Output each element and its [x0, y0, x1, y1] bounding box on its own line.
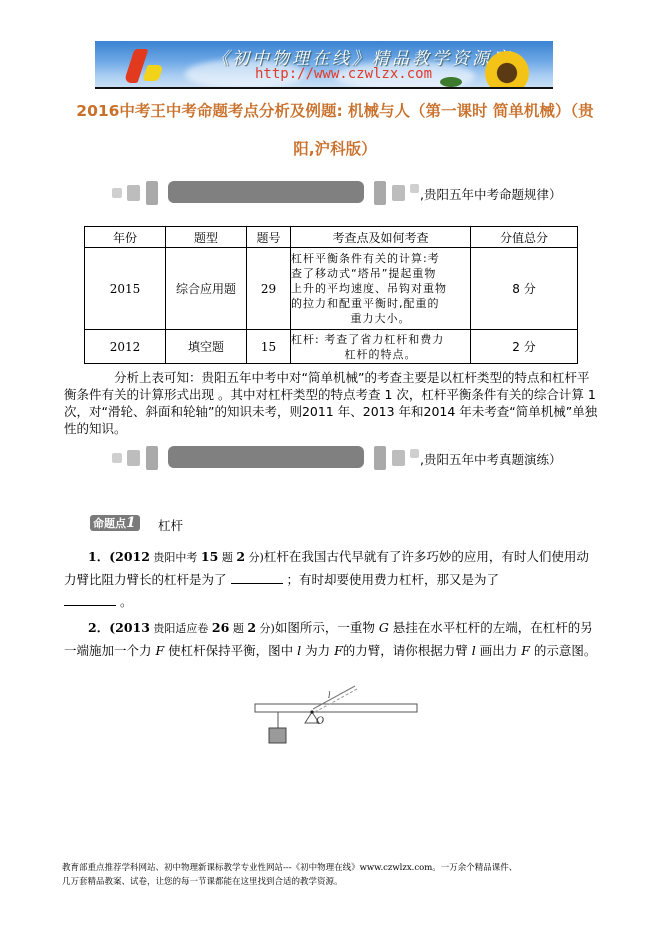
- decor-square: [374, 181, 386, 205]
- question-text: 为力: [301, 643, 334, 658]
- variable-f: F: [155, 643, 164, 658]
- decor-square: [392, 450, 405, 466]
- pivot-point: [310, 710, 313, 713]
- question-source: (2013 贵阳适应卷 26 题 2 分): [109, 622, 275, 635]
- point-tag-number: 1: [126, 515, 136, 531]
- cell-number: 15: [247, 330, 291, 364]
- page-title: 2016中考王中考命题考点分析及例题: 机械与人（第一课时 简单机械）（贵 阳,…: [40, 92, 630, 168]
- source-year: 2012: [115, 549, 150, 564]
- footer-line1: 教育部重点推荐学科网站、初中物理新课标教学专业性网站---《初中物理在线》www…: [62, 861, 622, 875]
- answer-blank-2[interactable]: [64, 593, 116, 606]
- cell-point-line: 杠杆: 考查了省力杠杆和费力: [291, 332, 470, 347]
- label-l: l: [328, 691, 331, 700]
- decor-square: [127, 450, 140, 466]
- source-close: 分): [245, 551, 264, 564]
- cell-score: 2 分: [471, 330, 578, 364]
- source-close: 分): [256, 622, 275, 635]
- cell-point-line: 重力大小。: [291, 311, 470, 326]
- section-header-pattern: ,贵阳五年中考命题规律）: [112, 180, 582, 208]
- question-text: 使杠杆保持平衡，图中: [164, 643, 297, 658]
- cell-point: 杠杆: 考查了省力杠杆和费力 杠杆的特点。: [291, 330, 471, 364]
- lever-diagram: l O: [250, 683, 420, 749]
- question-2: 2．(2013 贵阳适应卷 26 题 2 分)如图所示，一重物 G 悬挂在水平杠…: [64, 617, 599, 662]
- lever-bar: [255, 704, 417, 712]
- cell-type: 综合应用题: [166, 248, 247, 330]
- question-number: 1．: [88, 549, 109, 564]
- cell-number: 29: [247, 248, 291, 330]
- section-header-pattern: ,贵阳五年中考真题演练）: [112, 445, 582, 473]
- decor-square: [112, 188, 122, 198]
- question-text: 的示意图。: [530, 643, 596, 658]
- table-header: 题型: [166, 227, 247, 248]
- question-text: 。: [120, 594, 133, 609]
- table-row: 2012 填空题 15 杠杆: 考查了省力杠杆和费力 杠杆的特点。 2 分: [85, 330, 578, 364]
- cell-point-line: 查了移动式“塔吊”提起重物: [291, 266, 470, 281]
- section-label: ,贵阳五年中考真题演练）: [420, 450, 561, 468]
- exam-pattern-table: 年份 题型 题号 考查点及如何考查 分值总分 2015 综合应用题 29 杠杆平…: [84, 226, 578, 364]
- point-tag-prefix: 命题点: [93, 517, 126, 530]
- question-text: 的力臂，请你根据力臂: [343, 643, 472, 658]
- source-text: 贵阳中考: [150, 551, 201, 564]
- table-header: 年份: [85, 227, 166, 248]
- variable-f: F: [334, 643, 343, 658]
- footer-line2: 几万套精品教案、试卷，让您的每一节课都能在这里找到合适的教学资源。: [62, 875, 622, 889]
- source-unit: 题: [218, 551, 236, 564]
- cell-type: 填空题: [166, 330, 247, 364]
- cell-point-line: 杠杆的特点。: [291, 347, 470, 362]
- question-text: 画出力: [476, 643, 521, 658]
- weight-block: [269, 728, 286, 743]
- decor-bar: [168, 181, 364, 203]
- source-question-no: 26: [212, 620, 229, 635]
- table-header: 题号: [247, 227, 291, 248]
- cell-year: 2015: [85, 248, 166, 330]
- page-footer: 教育部重点推荐学科网站、初中物理新课标教学专业性网站---《初中物理在线》www…: [62, 861, 622, 889]
- decor-square: [146, 446, 158, 470]
- point-tag-label: 杠杆: [158, 516, 183, 534]
- decor-bar: [168, 446, 364, 468]
- variable-g: G: [379, 620, 389, 635]
- header-banner: 《初中物理在线》精品教学资源库 http://www.czwlzx.com: [95, 41, 553, 89]
- question-source: (2012 贵阳中考 15 题 2 分): [109, 551, 264, 564]
- analysis-paragraph: 分析上表可知：贵阳五年中考中对“简单机械”的考查主要是以杠杆类型的特点和杠杆平衡…: [64, 369, 599, 437]
- question-number: 2．: [88, 620, 109, 635]
- cell-point-line: 的拉力和配重平衡时,配重的: [291, 296, 470, 311]
- decor-square: [112, 453, 122, 463]
- banner-url[interactable]: http://www.czwlzx.com: [255, 66, 432, 82]
- source-unit: 题: [229, 622, 247, 635]
- cell-point: 杠杆平衡条件有关的计算:考 查了移动式“塔吊”提起重物 上升的平均速度、吊钩对重…: [291, 248, 471, 330]
- table-header: 考查点及如何考查: [291, 227, 471, 248]
- point-tag-badge: 命题点1: [90, 515, 140, 531]
- source-question-no: 15: [201, 549, 218, 564]
- answer-blank-1[interactable]: [231, 571, 283, 584]
- decor-square: [410, 184, 419, 193]
- decor-square: [410, 449, 419, 458]
- page-title-line2: 阳,沪科版）: [40, 130, 630, 168]
- question-text: 如图所示，一重物: [275, 620, 379, 635]
- cell-point-line: 上升的平均速度、吊钩对重物: [291, 281, 470, 296]
- source-score: 2: [247, 620, 256, 635]
- logo-icon-accent: [142, 65, 163, 81]
- label-o: O: [316, 716, 324, 727]
- analysis-text: 分析上表可知：贵阳五年中考中对“简单机械”的考查主要是以杠杆类型的特点和杠杆平衡…: [64, 370, 597, 436]
- table-header-row: 年份 题型 题号 考查点及如何考查 分值总分: [85, 227, 578, 248]
- table-header: 分值总分: [471, 227, 578, 248]
- decor-square: [146, 181, 158, 205]
- variable-f: F: [521, 643, 530, 658]
- leaf-decoration: [440, 77, 462, 87]
- page-title-line1: 2016中考王中考命题考点分析及例题: 机械与人（第一课时 简单机械）（贵: [40, 92, 630, 130]
- table-row: 2015 综合应用题 29 杠杆平衡条件有关的计算:考 查了移动式“塔吊”提起重…: [85, 248, 578, 330]
- decor-square: [127, 185, 140, 201]
- source-text: 贵阳适应卷: [150, 622, 212, 635]
- question-text: ；有时却要使用费力杠杆，那又是为了: [287, 572, 500, 587]
- section-label: ,贵阳五年中考命题规律）: [420, 185, 561, 203]
- source-score: 2: [236, 549, 245, 564]
- source-year: 2013: [115, 620, 150, 635]
- cell-year: 2012: [85, 330, 166, 364]
- cell-score: 8 分: [471, 248, 578, 330]
- sunflower-image: [480, 51, 534, 89]
- cell-point-line: 杠杆平衡条件有关的计算:考: [291, 251, 470, 266]
- decor-square: [374, 446, 386, 470]
- decor-square: [392, 185, 405, 201]
- question-1: 1．(2012 贵阳中考 15 题 2 分)杠杆在我国古代早就有了许多巧妙的应用…: [64, 546, 599, 613]
